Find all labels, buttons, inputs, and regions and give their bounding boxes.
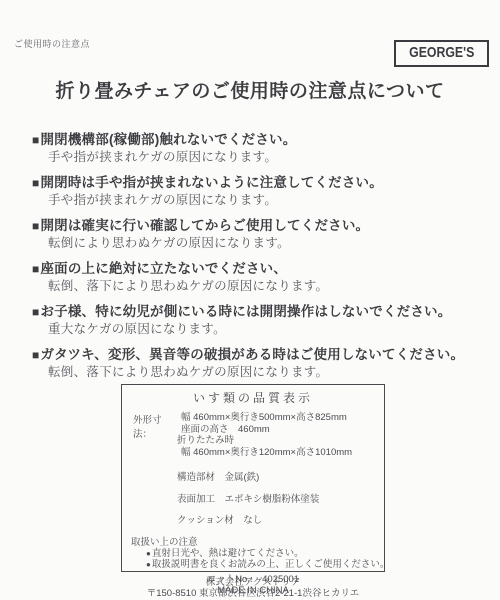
- precaution-item: ■開閉機構部(稼働部)触れないでください。 手や指が挟まれケガの原因になります。: [32, 131, 477, 165]
- dimensions-values: 幅 460mm×奥行き500mm×高さ825mm 座面の高さ 460mm 折りた…: [177, 412, 352, 458]
- dot-bullet-icon: ●: [146, 549, 151, 558]
- precaution-detail: 重大なケガの原因になります。: [32, 321, 477, 337]
- handling-note: ●直射日光や、熱は避けてください。: [146, 548, 384, 560]
- brand-logo-text: GEORGE'S: [409, 44, 474, 61]
- square-bullet-icon: ■: [32, 176, 39, 190]
- precaution-heading: ■開閉時は手や指が挟まれないように注意してください。: [32, 174, 477, 192]
- dimension-line: 幅 460mm×奥行き500mm×高さ825mm: [177, 412, 352, 424]
- dimensions-label: 外形寸法：: [133, 412, 177, 458]
- material-line: クッション材 なし: [177, 512, 384, 526]
- precaution-detail: 転倒、落下により思わぬケガの原因になります。: [32, 364, 477, 380]
- square-bullet-icon: ■: [32, 305, 39, 319]
- quality-label-table: いす類の品質表示 外形寸法： 幅 460mm×奥行き500mm×高さ825mm …: [121, 384, 385, 572]
- origin-text: MADE IN CHINA: [121, 585, 385, 596]
- precaution-heading: ■ガタツキ、変形、異音等の破損がある時はご使用しないてください。: [32, 346, 477, 364]
- materials-section: 構造部材 金属(鉄) 表面加工 エポキシ樹脂粉体塗装 クッション材 なし: [177, 469, 384, 526]
- precaution-item: ■開閉時は手や指が挟まれないように注意してください。 手や指が挟まれケガの原因に…: [32, 174, 477, 208]
- precaution-heading: ■座面の上に絶対に立たないでください、: [32, 260, 477, 278]
- precaution-item: ■座面の上に絶対に立たないでください、 転倒、落下により思わぬケガの原因になりま…: [32, 260, 477, 294]
- material-line: 表面加工 エポキシ樹脂粉体塗装: [177, 491, 384, 505]
- handling-note-text: 直射日光や、熱は避けてください。: [152, 548, 304, 559]
- precaution-detail: 転倒により思わぬケガの原因になります。: [32, 235, 477, 251]
- dot-bullet-icon: ●: [146, 560, 151, 569]
- label-footer: ロットNo.: 4025001 MADE IN CHINA: [121, 574, 385, 596]
- page-title: 折り畳みチェアのご使用時の注意点について: [0, 76, 500, 103]
- handling-note: ●取扱説明書を良くお読みの上、正しくご使用ください。: [146, 559, 384, 571]
- dimensions-row: 外形寸法： 幅 460mm×奥行き500mm×高さ825mm 座面の高さ 460…: [122, 412, 384, 458]
- precaution-item: ■ガタツキ、変形、異音等の破損がある時はご使用しないてください。 転倒、落下によ…: [32, 346, 477, 380]
- precaution-heading: ■開閉は確実に行い確認してからご使用してください。: [32, 217, 477, 235]
- precaution-list: ■開閉機構部(稼働部)触れないでください。 手や指が挟まれケガの原因になります。…: [32, 131, 477, 389]
- dimension-line: 座面の高さ 460mm: [177, 424, 352, 436]
- precaution-heading-text: 座面の上に絶対に立たないでください、: [40, 261, 287, 276]
- precaution-detail: 手や指が挟まれケガの原因になります。: [32, 149, 477, 165]
- precaution-heading-text: 開閉は確実に行い確認してからご使用してください。: [40, 218, 369, 233]
- caution-sheet: ご使用時の注意点 GEORGE'S 折り畳みチェアのご使用時の注意点について ■…: [0, 0, 500, 600]
- square-bullet-icon: ■: [32, 219, 39, 233]
- square-bullet-icon: ■: [32, 348, 39, 362]
- brand-logo: GEORGE'S: [394, 40, 489, 67]
- precaution-heading-text: お子様、特に幼児が側にいる時には開閉操作はしないでください。: [40, 304, 451, 319]
- dimension-line: 幅 460mm×奥行き120mm×高さ1010mm: [177, 447, 352, 459]
- precaution-detail: 手や指が挟まれケガの原因になります。: [32, 192, 477, 208]
- lot-number: ロットNo.: 4025001: [121, 574, 385, 585]
- handling-note-text: 取扱説明書を良くお読みの上、正しくご使用ください。: [152, 559, 390, 570]
- material-line: 構造部材 金属(鉄): [177, 469, 384, 483]
- precaution-heading-text: 開閉時は手や指が挟まれないように注意してください。: [40, 175, 383, 190]
- precaution-item: ■開閉は確実に行い確認してからご使用してください。 転倒により思わぬケガの原因に…: [32, 217, 477, 251]
- dimension-line: 折りたたみ時: [177, 435, 352, 447]
- quality-label-title: いす類の品質表示: [122, 389, 384, 406]
- precaution-heading-text: ガタツキ、変形、異音等の破損がある時はご使用しないてください。: [40, 347, 464, 362]
- precaution-detail: 転倒、落下により思わぬケガの原因になります。: [32, 278, 477, 294]
- precaution-heading: ■開閉機構部(稼働部)触れないでください。: [32, 131, 477, 149]
- precaution-item: ■お子様、特に幼児が側にいる時には開閉操作はしないでください。 重大なケガの原因…: [32, 303, 477, 337]
- precaution-heading: ■お子様、特に幼児が側にいる時には開閉操作はしないでください。: [32, 303, 477, 321]
- square-bullet-icon: ■: [32, 133, 39, 147]
- precaution-heading-text: 開閉機構部(稼働部)触れないでください。: [40, 132, 296, 147]
- square-bullet-icon: ■: [32, 262, 39, 276]
- handling-notes: ●直射日光や、熱は避けてください。 ●取扱説明書を良くお読みの上、正しくご使用く…: [146, 548, 384, 571]
- page-header-label: ご使用時の注意点: [14, 37, 90, 50]
- handling-title: 取扱い上の注意: [131, 534, 384, 548]
